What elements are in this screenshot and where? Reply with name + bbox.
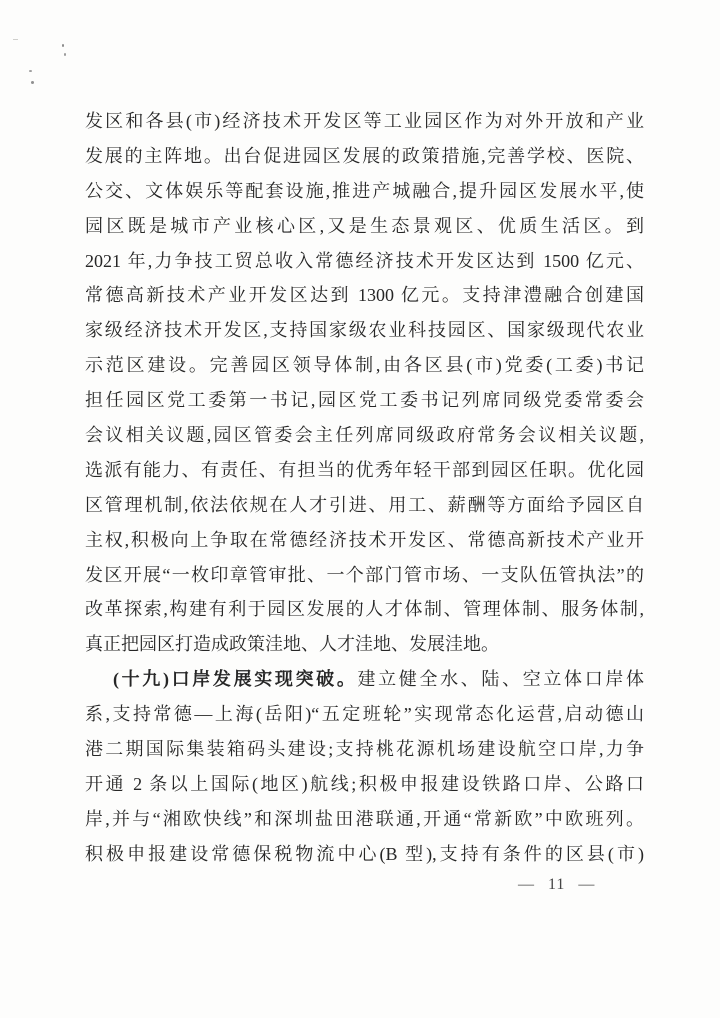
body-text: 会议相关议题,园区管委会主任列席同级政府常务会议相关议题, (85, 425, 644, 445)
text-lines: 发区和各县(市)经济技术开发区等工业园区作为对外开放和产业发展的主阵地。出台促进… (85, 104, 644, 872)
text-line: 发区开展“一枚印章管审批、一个部门管市场、一支队伍管执法”的 (85, 558, 644, 593)
body-text: 开通 2 条以上国际(地区)航线;积极申报建设铁路口岸、公路口 (85, 774, 644, 794)
text-line: 系,支持常德—上海(岳阳)“五定班轮”实现常态化运营,启动德山 (85, 697, 644, 732)
text-line: 担任园区党工委第一书记,园区党工委书记列席同级党委常委会 (85, 383, 644, 418)
body-text: 建立健全水、陆、空立体口岸体 (358, 669, 645, 689)
text-line: 岸,并与“湘欧快线”和深圳盐田港联通,开通“常新欧”中欧班列。 (85, 802, 644, 837)
text-line: 会议相关议题,园区管委会主任列席同级政府常务会议相关议题, (85, 418, 644, 453)
body-text: 家级经济技术开发区,支持国家级农业科技园区、国家级现代农业 (85, 320, 644, 340)
text-line: 发展的主阵地。出台促进园区发展的政策措施,完善学校、医院、 (85, 139, 644, 174)
scan-speck (13, 39, 18, 40)
body-text: 港二期国际集装箱码头建设;支持桃花源机场建设航空口岸,力争 (85, 739, 644, 759)
body-text: 岸,并与“湘欧快线”和深圳盐田港联通,开通“常新欧”中欧班列。 (85, 809, 644, 829)
body-text: 选派有能力、有责任、有担当的优秀年轻干部到园区任职。优化园 (85, 460, 644, 480)
text-line: 开通 2 条以上国际(地区)航线;积极申报建设铁路口岸、公路口 (85, 767, 644, 802)
body-text: 发展的主阵地。出台促进园区发展的政策措施,完善学校、医院、 (85, 146, 644, 166)
document-page: 发区和各县(市)经济技术开发区等工业园区作为对外开放和产业发展的主阵地。出台促进… (0, 0, 720, 1018)
scan-speck (62, 44, 64, 47)
body-text: 区管理机制,依法依规在人才引进、用工、薪酬等方面给予园区自 (85, 495, 644, 515)
text-line: 选派有能力、有责任、有担当的优秀年轻干部到园区任职。优化园 (85, 453, 644, 488)
text-line: 示范区建设。完善园区领导体制,由各区县(市)党委(工委)书记 (85, 348, 644, 383)
text-line: 公交、文体娱乐等配套设施,推进产城融合,提升园区发展水平,使 (85, 174, 644, 209)
body-text: 担任园区党工委第一书记,园区党工委书记列席同级党委常委会 (85, 390, 644, 410)
body-text: 真正把园区打造成政策洼地、人才洼地、发展洼地。 (85, 634, 499, 654)
text-line: 改革探索,构建有利于园区发展的人才体制、管理体制、服务体制, (85, 592, 644, 627)
body-text: 2021 年,力争技工贸总收入常德经济技术开发区达到 1500 亿元、 (85, 251, 644, 271)
body-text: 积极申报建设常德保税物流中心(B 型),支持有条件的区县(市) (85, 844, 644, 864)
text-line: (十九)口岸发展实现突破。建立健全水、陆、空立体口岸体 (85, 662, 644, 697)
text-line: 常德高新技术产业开发区达到 1300 亿元。支持津澧融合创建国 (85, 278, 644, 313)
scan-speck (31, 81, 34, 84)
section-heading-text: (十九)口岸发展实现突破。 (113, 669, 358, 689)
body-text: 常德高新技术产业开发区达到 1300 亿元。支持津澧融合创建国 (85, 285, 644, 305)
body-text: 系,支持常德—上海(岳阳)“五定班轮”实现常态化运营,启动德山 (85, 704, 644, 724)
text-line: 发区和各县(市)经济技术开发区等工业园区作为对外开放和产业 (85, 104, 644, 139)
text-line: 家级经济技术开发区,支持国家级农业科技园区、国家级现代农业 (85, 313, 644, 348)
text-line: 区管理机制,依法依规在人才引进、用工、薪酬等方面给予园区自 (85, 488, 644, 523)
text-line: 真正把园区打造成政策洼地、人才洼地、发展洼地。 (85, 627, 644, 662)
text-line: 2021 年,力争技工贸总收入常德经济技术开发区达到 1500 亿元、 (85, 244, 644, 279)
text-line: 港二期国际集装箱码头建设;支持桃花源机场建设航空口岸,力争 (85, 732, 644, 767)
body-text: 示范区建设。完善园区领导体制,由各区县(市)党委(工委)书记 (85, 355, 644, 375)
body-text: 主权,积极向上争取在常德经济技术开发区、常德高新技术产业开 (85, 530, 644, 550)
body-text: 发区和各县(市)经济技术开发区等工业园区作为对外开放和产业 (85, 111, 644, 131)
page-number: — 11 — (518, 874, 628, 896)
text-line: 园区既是城市产业核心区,又是生态景观区、优质生活区。到 (85, 209, 644, 244)
body-text: 发区开展“一枚印章管审批、一个部门管市场、一支队伍管执法”的 (85, 565, 644, 585)
scan-speck (64, 53, 66, 56)
body-text: 公交、文体娱乐等配套设施,推进产城融合,提升园区发展水平,使 (85, 181, 644, 201)
scan-speck (29, 70, 32, 72)
text-line: 主权,积极向上争取在常德经济技术开发区、常德高新技术产业开 (85, 523, 644, 558)
text-line: 积极申报建设常德保税物流中心(B 型),支持有条件的区县(市) (85, 837, 644, 872)
body-text: 园区既是城市产业核心区,又是生态景观区、优质生活区。到 (85, 216, 644, 236)
body-text: 改革探索,构建有利于园区发展的人才体制、管理体制、服务体制, (85, 599, 644, 619)
